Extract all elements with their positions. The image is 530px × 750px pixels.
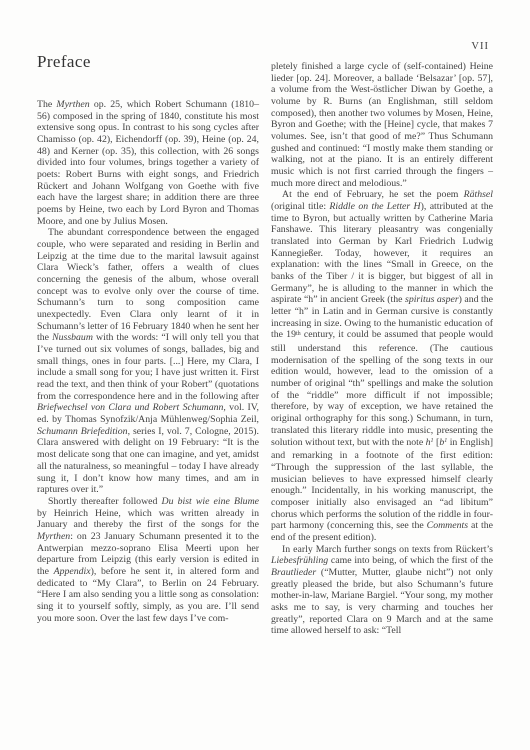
right-column: pletely finished a large cycle of (self-… xyxy=(271,61,493,637)
paragraph: pletely finished a large cycle of (self-… xyxy=(271,61,493,189)
page-number: VII xyxy=(471,41,489,52)
document-page: VII Preface The Myrthen op. 25, which Ro… xyxy=(0,0,530,750)
paragraph: The Myrthen op. 25, which Robert Schuman… xyxy=(37,99,259,227)
page-title: Preface xyxy=(37,53,91,70)
left-column: The Myrthen op. 25, which Robert Schuman… xyxy=(37,99,259,624)
paragraph: In early March further songs on texts fr… xyxy=(271,544,493,637)
paragraph: The abundant correspondence between the … xyxy=(37,227,259,495)
paragraph: Shortly thereafter followed Du bist wie … xyxy=(37,496,259,624)
paragraph: At the end of February, he set the poem … xyxy=(271,189,493,543)
